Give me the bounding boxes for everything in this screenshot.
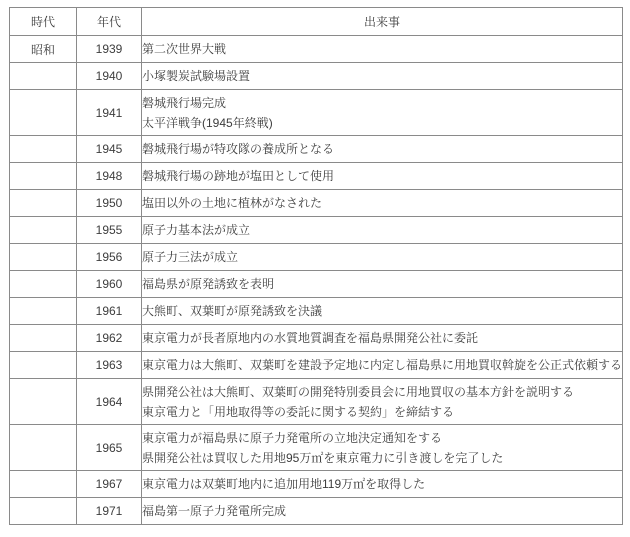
year-cell: 1955 [77,217,142,244]
event-line: 磐城飛行場の跡地が塩田として使用 [142,166,622,186]
era-cell [10,271,77,298]
table-row: 1941 磐城飛行場完成太平洋戦争(1945年終戦) [10,90,623,136]
era-cell [10,217,77,244]
event-cell: 東京電力が福島県に原子力発電所の立地決定通知をする県開発公社は買収した用地95万… [142,425,623,471]
timeline-table-body: 昭和 1939 第二次世界大戦 1940 小塚製炭試験場設置 1941 磐城飛行… [10,36,623,525]
event-line: 第二次世界大戦 [142,39,622,59]
year-cell: 1948 [77,163,142,190]
event-line: 太平洋戦争(1945年終戦) [142,113,622,133]
year-cell: 1967 [77,471,142,498]
table-row: 1971 福島第一原子力発電所完成 [10,498,623,525]
table-row: 1963 東京電力は大熊町、双葉町を建設予定地に内定し福島県に用地買収斡旋を公正… [10,352,623,379]
table-row: 1956 原子力三法が成立 [10,244,623,271]
event-line: 小塚製炭試験場設置 [142,66,622,86]
event-line: 東京電力と「用地取得等の委託に関する契約」を締結する [142,402,622,422]
header-era: 時代 [10,8,77,36]
year-cell: 1971 [77,498,142,525]
table-row: 1962 東京電力が長者原地内の水質地質調査を福島県開発公社に委託 [10,325,623,352]
event-cell: 塩田以外の土地に植林がなされた [142,190,623,217]
table-row: 1945 磐城飛行場が特攻隊の養成所となる [10,136,623,163]
event-line: 原子力三法が成立 [142,247,622,267]
event-cell: 東京電力が長者原地内の水質地質調査を福島県開発公社に委託 [142,325,623,352]
year-cell: 1963 [77,352,142,379]
event-cell: 東京電力は大熊町、双葉町を建設予定地に内定し福島県に用地買収斡旋を公正式依頼する [142,352,623,379]
event-line: 東京電力は双葉町地内に追加用地119万㎡を取得した [142,474,622,494]
event-cell: 原子力三法が成立 [142,244,623,271]
table-row: 1940 小塚製炭試験場設置 [10,63,623,90]
table-row: 1965 東京電力が福島県に原子力発電所の立地決定通知をする県開発公社は買収した… [10,425,623,471]
era-cell [10,136,77,163]
era-cell [10,63,77,90]
table-row: 昭和 1939 第二次世界大戦 [10,36,623,63]
year-cell: 1962 [77,325,142,352]
year-cell: 1956 [77,244,142,271]
event-cell: 福島第一原子力発電所完成 [142,498,623,525]
era-cell [10,471,77,498]
era-cell [10,325,77,352]
event-cell: 原子力基本法が成立 [142,217,623,244]
event-cell: 第二次世界大戦 [142,36,623,63]
event-cell: 磐城飛行場の跡地が塩田として使用 [142,163,623,190]
event-line: 東京電力が福島県に原子力発電所の立地決定通知をする [142,428,622,448]
table-row: 1964 県開発公社は大熊町、双葉町の開発特別委員会に用地買収の基本方針を説明す… [10,379,623,425]
event-cell: 磐城飛行場が特攻隊の養成所となる [142,136,623,163]
event-cell: 大熊町、双葉町が原発誘致を決議 [142,298,623,325]
event-line: 東京電力は大熊町、双葉町を建設予定地に内定し福島県に用地買収斡旋を公正式依頼する [142,355,622,375]
table-row: 1961 大熊町、双葉町が原発誘致を決議 [10,298,623,325]
year-cell: 1961 [77,298,142,325]
event-cell: 東京電力は双葉町地内に追加用地119万㎡を取得した [142,471,623,498]
page: 時代 年代 出来事 昭和 1939 第二次世界大戦 1940 小塚製炭試験場設置… [0,0,630,537]
timeline-table: 時代 年代 出来事 昭和 1939 第二次世界大戦 1940 小塚製炭試験場設置… [9,7,623,525]
event-line: 磐城飛行場完成 [142,93,622,113]
year-cell: 1964 [77,379,142,425]
era-cell [10,298,77,325]
event-line: 大熊町、双葉町が原発誘致を決議 [142,301,622,321]
year-cell: 1960 [77,271,142,298]
table-row: 1950 塩田以外の土地に植林がなされた [10,190,623,217]
header-event: 出来事 [142,8,623,36]
year-cell: 1941 [77,90,142,136]
event-line: 県開発公社は大熊町、双葉町の開発特別委員会に用地買収の基本方針を説明する [142,382,622,402]
era-cell [10,498,77,525]
event-line: 原子力基本法が成立 [142,220,622,240]
event-line: 東京電力が長者原地内の水質地質調査を福島県開発公社に委託 [142,328,622,348]
table-row: 1967 東京電力は双葉町地内に追加用地119万㎡を取得した [10,471,623,498]
era-cell [10,352,77,379]
event-cell: 小塚製炭試験場設置 [142,63,623,90]
event-cell: 磐城飛行場完成太平洋戦争(1945年終戦) [142,90,623,136]
timeline-table-head: 時代 年代 出来事 [10,8,623,36]
era-cell [10,163,77,190]
era-cell [10,244,77,271]
header-row: 時代 年代 出来事 [10,8,623,36]
table-row: 1960 福島県が原発誘致を表明 [10,271,623,298]
table-row: 1948 磐城飛行場の跡地が塩田として使用 [10,163,623,190]
event-line: 塩田以外の土地に植林がなされた [142,193,622,213]
event-line: 福島第一原子力発電所完成 [142,501,622,521]
era-cell [10,425,77,471]
event-line: 福島県が原発誘致を表明 [142,274,622,294]
year-cell: 1945 [77,136,142,163]
table-row: 1955 原子力基本法が成立 [10,217,623,244]
era-cell [10,379,77,425]
year-cell: 1940 [77,63,142,90]
year-cell: 1965 [77,425,142,471]
event-cell: 福島県が原発誘致を表明 [142,271,623,298]
year-cell: 1939 [77,36,142,63]
era-cell: 昭和 [10,36,77,63]
event-line: 磐城飛行場が特攻隊の養成所となる [142,139,622,159]
era-cell [10,90,77,136]
era-cell [10,190,77,217]
event-line: 県開発公社は買収した用地95万㎡を東京電力に引き渡しを完了した [142,448,622,468]
year-cell: 1950 [77,190,142,217]
header-year: 年代 [77,8,142,36]
event-cell: 県開発公社は大熊町、双葉町の開発特別委員会に用地買収の基本方針を説明する東京電力… [142,379,623,425]
